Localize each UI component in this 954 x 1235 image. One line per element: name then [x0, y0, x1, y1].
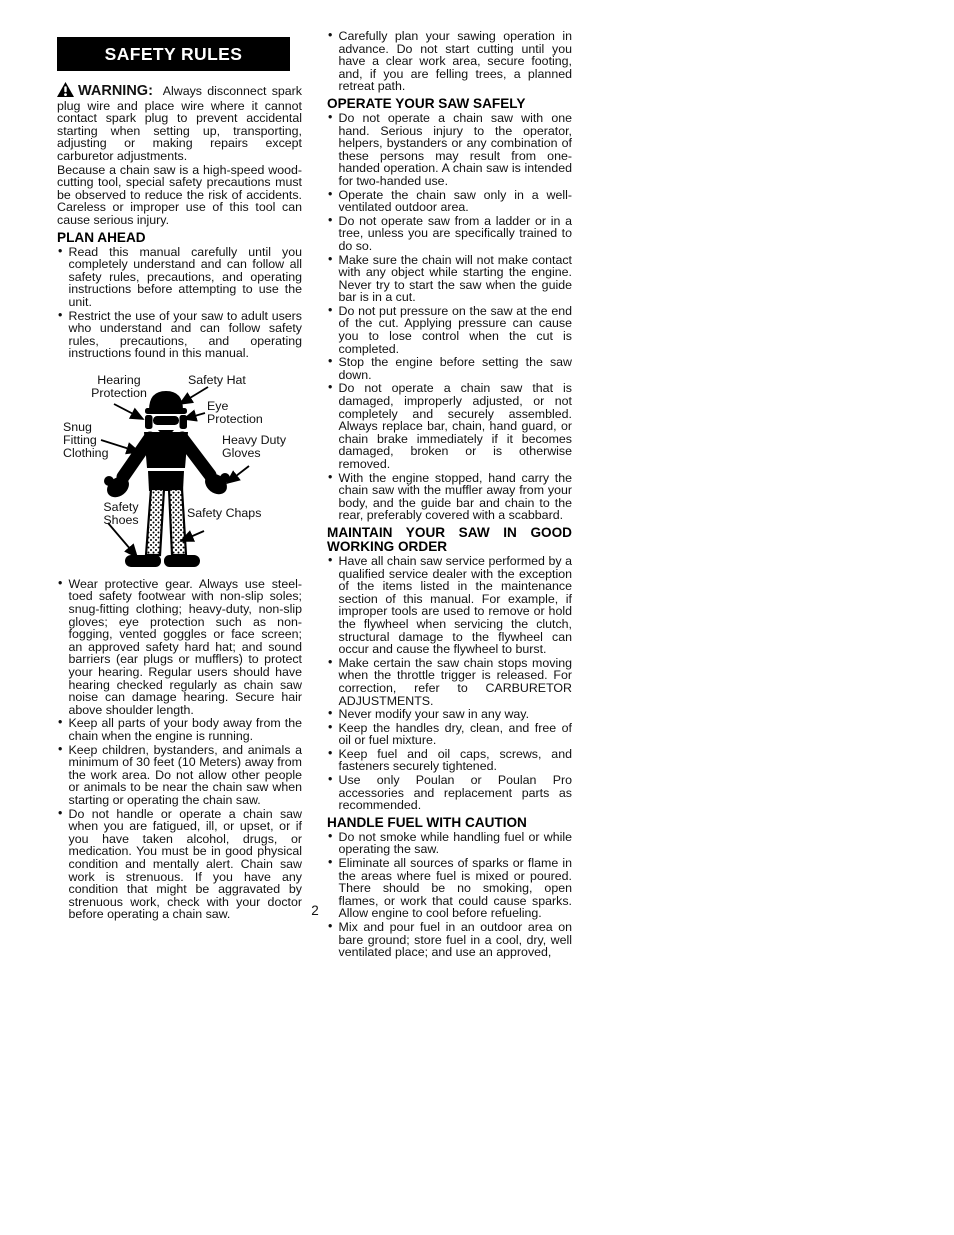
bullet-item: Keep the handles dry, clean, and free of…: [327, 722, 572, 747]
bullet-item: Read this manual carefully until you com…: [57, 246, 302, 309]
bullet-item: Do not handle or operate a chain saw whe…: [57, 808, 302, 921]
bullet-item: Eliminate all sources of sparks or flame…: [327, 857, 572, 920]
page-title-text: SAFETY RULES: [105, 44, 243, 65]
bullet-item: With the engine stopped, hand carry the …: [327, 472, 572, 522]
warning-label: WARNING:: [78, 83, 153, 99]
page-number: 2: [300, 903, 330, 918]
arrow-safety-hat: [180, 387, 208, 404]
intro-paragraph: Because a chain saw is a high-speed wood…: [57, 164, 302, 227]
figure-label-snug-fitting-clothing: Snug Fitting Clothing: [63, 421, 115, 460]
bullet-item: Mix and pour fuel in an outdoor area on …: [327, 921, 572, 959]
carry-over-list: Carefully plan your sawing operation in …: [327, 30, 572, 93]
bullet-item: Make sure the chain will not make contac…: [327, 254, 572, 304]
figure-label-safety-hat: Safety Hat: [188, 374, 260, 387]
figure-label-heavy-duty-gloves: Heavy Duty Gloves: [222, 434, 300, 460]
bullet-item: Do not smoke while handling fuel or whil…: [327, 831, 572, 856]
arrow-heavy-duty-gloves: [227, 466, 249, 483]
bullet-item: Have all chain saw service performed by …: [327, 555, 572, 656]
figure-label-safety-chaps: Safety Chaps: [187, 507, 279, 520]
figure-label-safety-shoes: Safety Shoes: [97, 501, 145, 527]
safety-chaps-legs: [146, 489, 186, 555]
bullet-item: Keep all parts of your body away from th…: [57, 717, 302, 742]
bullet-item: Use only Poulan or Poulan Pro accessorie…: [327, 774, 572, 812]
bullet-item: Operate the chain saw only in a well-ven…: [327, 189, 572, 214]
maintain-list: Have all chain saw service performed by …: [327, 555, 572, 812]
figure-label-hearing-protection: Hearing Protection: [78, 374, 160, 400]
bullet-item: Never modify your saw in any way.: [327, 708, 572, 721]
left-column: SAFETY RULES WARNING: Always disconnect …: [57, 37, 302, 922]
warning-triangle-icon: [57, 82, 74, 100]
arrow-safety-shoes: [108, 523, 137, 557]
protective-gear-figure: Hearing Protection Safety Hat Eye Protec…: [57, 371, 302, 572]
heading-maintain-your-saw: MAINTAIN YOUR SAW IN GOOD WORKING ORDER: [327, 526, 572, 554]
bullet-item: Make certain the saw chain stops moving …: [327, 657, 572, 707]
bullet-item: Stop the engine before setting the saw d…: [327, 356, 572, 381]
bullet-item: Keep children, bystanders, and animals a…: [57, 744, 302, 807]
bullet-item: Wear protective gear. Always use steel-t…: [57, 578, 302, 717]
bullet-item: Do not put pressure on the saw at the en…: [327, 305, 572, 355]
right-column: Carefully plan your sawing operation in …: [327, 30, 572, 960]
manual-page: SAFETY RULES WARNING: Always disconnect …: [0, 0, 954, 1235]
warning-paragraph: WARNING: Always disconnect spark plug wi…: [57, 82, 302, 163]
fuel-list: Do not smoke while handling fuel or whil…: [327, 831, 572, 959]
plan-ahead-list: Read this manual carefully until you com…: [57, 246, 302, 360]
bullet-item: Restrict the use of your saw to adult us…: [57, 310, 302, 360]
bullet-item: Do not operate a chain saw with one hand…: [327, 112, 572, 188]
bullet-item: Do not operate saw from a ladder or in a…: [327, 215, 572, 253]
heading-handle-fuel-with-caution: HANDLE FUEL WITH CAUTION: [327, 816, 572, 830]
personal-safety-list: Wear protective gear. Always use steel-t…: [57, 578, 302, 921]
operate-list: Do not operate a chain saw with one hand…: [327, 112, 572, 522]
bullet-item: Keep fuel and oil caps, screws, and fast…: [327, 748, 572, 773]
arrow-eye-protection: [184, 413, 205, 419]
bullet-item: Do not operate a chain saw that is damag…: [327, 382, 572, 470]
heading-plan-ahead: PLAN AHEAD: [57, 231, 302, 245]
figure-label-eye-protection: Eye Protection: [207, 400, 277, 426]
bullet-item: Carefully plan your sawing operation in …: [327, 30, 572, 93]
page-title: SAFETY RULES: [57, 37, 290, 71]
heading-operate-your-saw-safely: OPERATE YOUR SAW SAFELY: [327, 97, 572, 111]
arrow-hearing-protection: [114, 404, 143, 419]
